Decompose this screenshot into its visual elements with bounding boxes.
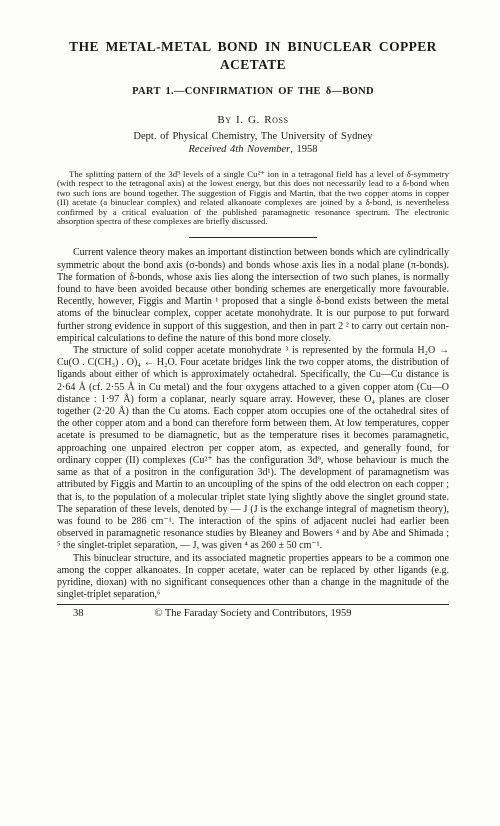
article-title: THE METAL-METAL BOND IN BINUCLEAR COPPER… bbox=[57, 38, 449, 73]
page-number: 38 bbox=[73, 608, 84, 619]
author-byline: By I. G. Ross bbox=[57, 114, 449, 126]
article-title-line-1: THE METAL-METAL BOND IN BINUCLEAR COPPER bbox=[57, 38, 449, 56]
abstract: The splitting pattern of the 3d⁹ levels … bbox=[57, 170, 449, 226]
page-content: THE METAL-METAL BOND IN BINUCLEAR COPPER… bbox=[57, 38, 449, 624]
journal-page: THE METAL-METAL BOND IN BINUCLEAR COPPER… bbox=[0, 0, 500, 826]
article-title-line-2: ACETATE bbox=[57, 56, 449, 74]
received-date-text: Received 4th November bbox=[189, 144, 291, 155]
footer-rule bbox=[57, 604, 449, 605]
article-body: Current valence theory makes an importan… bbox=[57, 247, 449, 601]
received-date: Received 4th November, 1958 bbox=[57, 144, 449, 155]
paragraph: The structure of solid copper acetate mo… bbox=[57, 345, 449, 552]
received-date-year: , 1958 bbox=[290, 144, 317, 155]
paragraph: Current valence theory makes an importan… bbox=[57, 247, 449, 345]
article-subtitle: PART 1.—CONFIRMATION OF THE δ—BOND bbox=[57, 86, 449, 97]
paragraph: This binuclear structure, and its associ… bbox=[57, 553, 449, 602]
author-affiliation: Dept. of Physical Chemistry, The Univers… bbox=[57, 131, 449, 142]
page-footer: 38 © The Faraday Society and Contributor… bbox=[57, 608, 449, 624]
section-divider bbox=[189, 237, 317, 238]
copyright-notice: © The Faraday Society and Contributors, … bbox=[154, 608, 351, 619]
